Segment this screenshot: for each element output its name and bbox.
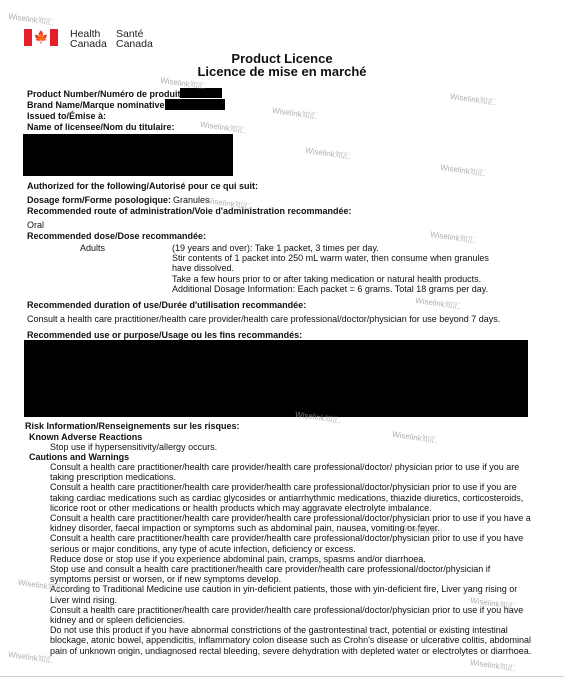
purpose-label: Recommended use or purpose/Usage ou les …	[27, 330, 302, 340]
issued-to-label: Issued to/Émise à:	[27, 111, 106, 121]
watermark: Wiselink知汇	[469, 657, 516, 674]
caution-item: Consult a health care practitioner/healt…	[50, 462, 532, 482]
brand-name-redacted	[165, 99, 225, 110]
caution-item: Consult a health care practitioner/healt…	[50, 605, 532, 625]
caution-item: Stop use and consult a health care pract…	[50, 564, 532, 584]
watermark: Wiselink知汇	[271, 105, 318, 122]
licensee-redacted	[23, 134, 233, 176]
purpose-redacted	[24, 340, 528, 417]
canada-flag-icon: 🍁	[24, 29, 58, 46]
route-value: Oral	[27, 220, 44, 230]
caution-item: Consult a health care practitioner/healt…	[50, 513, 532, 533]
watermark: Wiselink知汇	[7, 11, 54, 28]
dose-label: Recommended dose/Dose recommandée:	[27, 231, 206, 241]
caution-item: According to Traditional Medicine use ca…	[50, 584, 532, 604]
dosage-form-label: Dosage form/Forme posologique:	[27, 195, 171, 205]
authorized-label: Authorized for the following/Autorisé po…	[27, 181, 258, 191]
title-fr: Licence de mise en marché	[0, 65, 564, 78]
duration-value: Consult a health care practitioner/healt…	[27, 314, 500, 324]
duration-label: Recommended duration of use/Durée d'util…	[27, 300, 306, 310]
dose-instructions: (19 years and over): Take 1 packet, 3 ti…	[172, 243, 507, 294]
caution-item: Consult a health care practitioner/healt…	[50, 533, 532, 553]
licensee-label: Name of licensee/Nom du titulaire:	[27, 122, 175, 132]
adverse-heading: Known Adverse Reactions	[29, 432, 142, 442]
dose-group: Adults	[80, 243, 105, 253]
watermark: Wiselink知汇	[391, 429, 438, 446]
caution-item: Do not use this product if you have abno…	[50, 625, 532, 656]
watermark: Wiselink知汇	[304, 145, 351, 162]
department-name-en: Health Canada	[70, 29, 107, 49]
brand-name-label: Brand Name/Marque nominative:	[27, 100, 168, 110]
caution-item: Consult a health care practitioner/healt…	[50, 482, 532, 513]
route-label: Recommended route of administration/Voie…	[27, 206, 352, 216]
watermark: Wiselink知汇	[7, 649, 54, 666]
adverse-item: Stop use if hypersensitivity/allergy occ…	[50, 442, 217, 452]
department-name-fr: Santé Canada	[116, 29, 153, 49]
watermark: Wiselink知汇	[449, 91, 496, 108]
risk-label: Risk Information/Renseignements sur les …	[25, 421, 240, 431]
product-number-label: Product Number/Numéro de produit:	[27, 89, 184, 99]
watermark: Wiselink知汇	[439, 162, 486, 179]
cautions-heading: Cautions and Warnings	[29, 452, 129, 462]
caution-item: Reduce dose or stop use if you experienc…	[50, 554, 532, 564]
page-edge	[0, 676, 564, 677]
cautions-list: Consult a health care practitioner/healt…	[50, 462, 532, 656]
watermark: Wiselink知汇	[414, 295, 461, 312]
